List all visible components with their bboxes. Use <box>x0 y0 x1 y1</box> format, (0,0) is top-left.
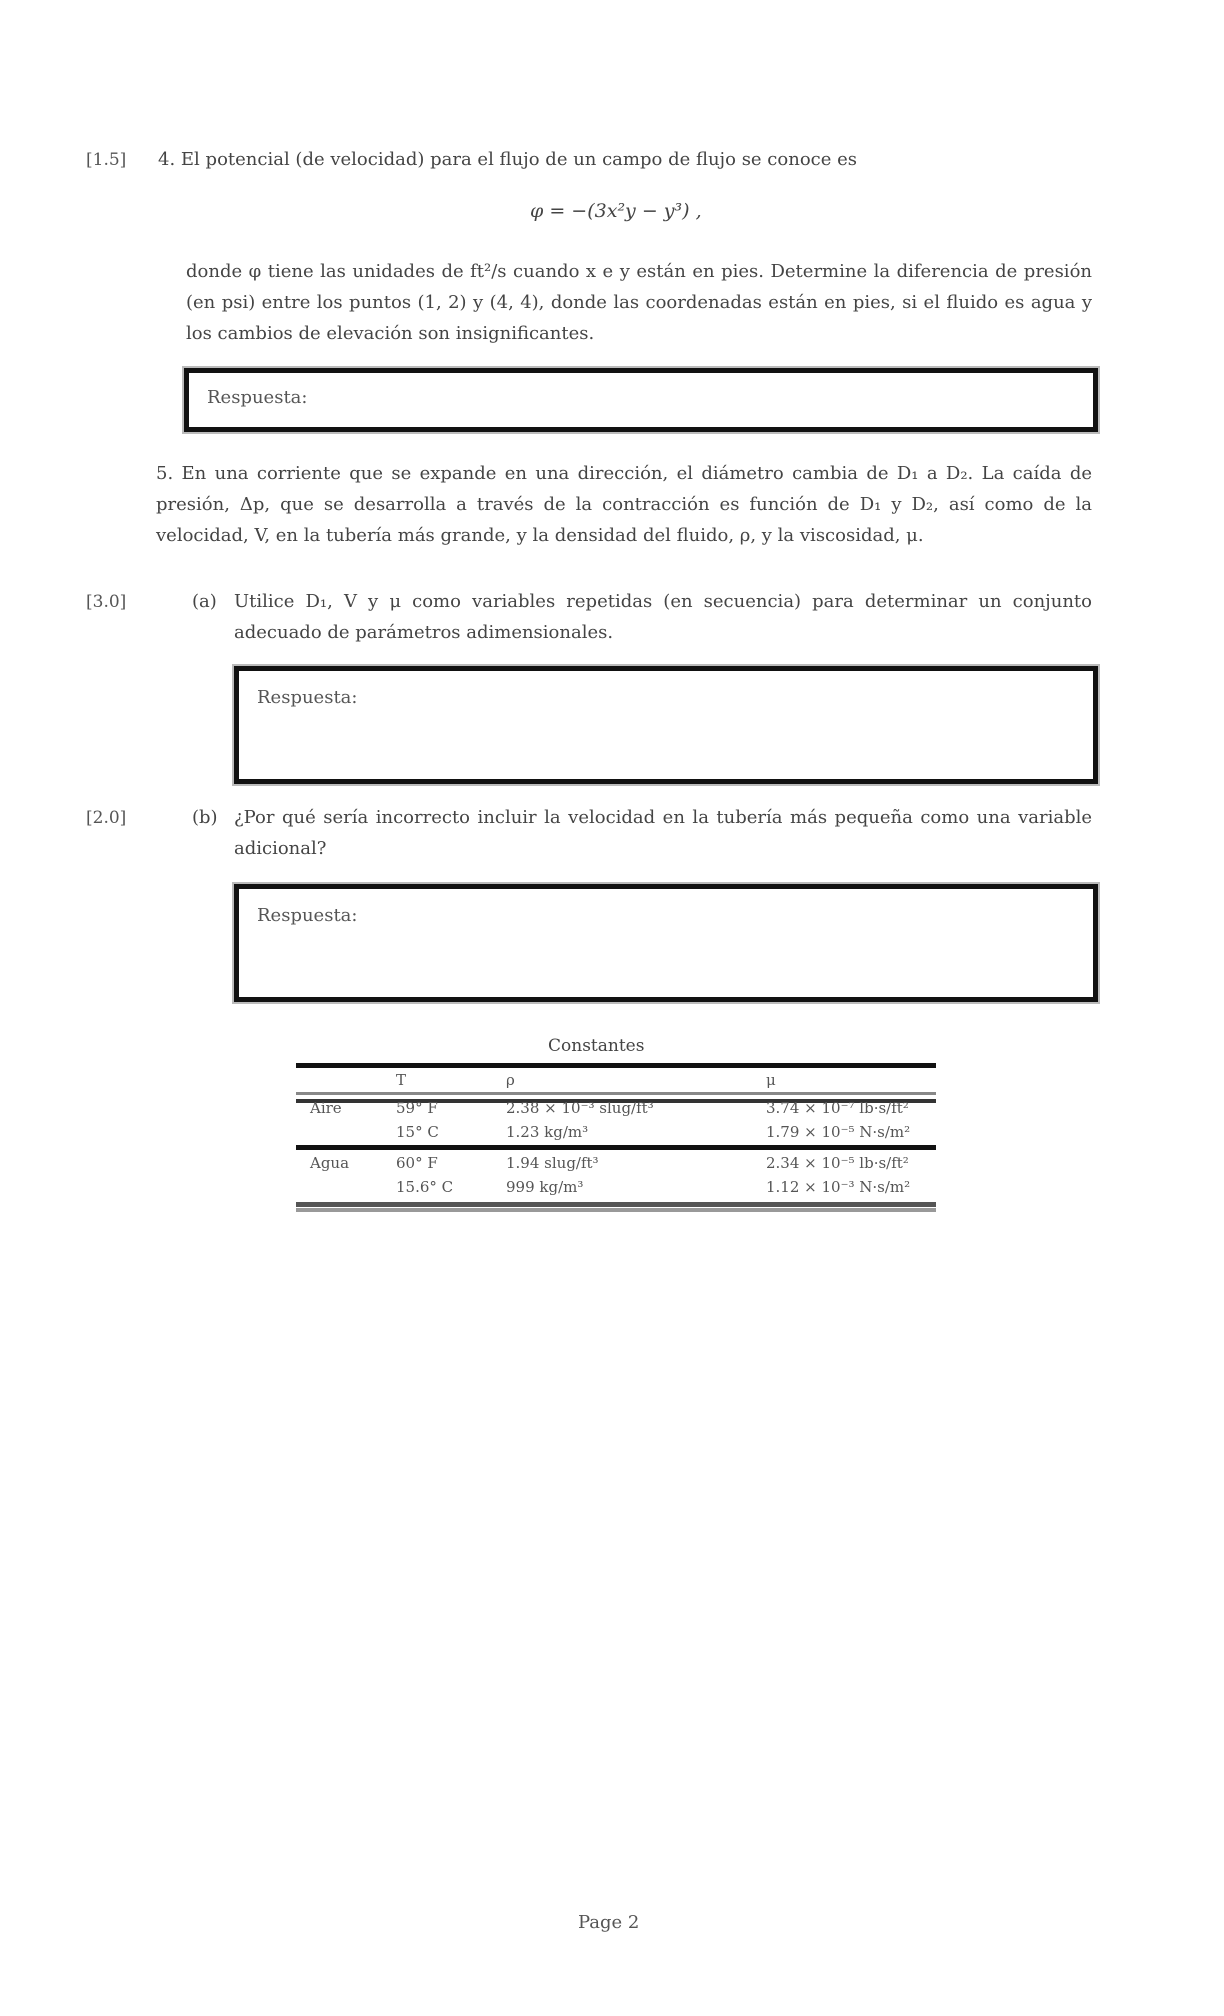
header-cell-temperature: T <box>386 1070 496 1098</box>
problem-4-text: El potencial (de velocidad) para el fluj… <box>181 149 857 170</box>
table-row: Agua 60° F 1.94 slug/ft³ 2.34 × 10⁻⁵ lb·… <box>300 1146 932 1177</box>
problem-5-statement: 5. En una corriente que se expande en un… <box>156 458 1092 551</box>
answer-label: Respuesta: <box>257 905 357 926</box>
table-bottom-rule-2 <box>296 1208 936 1212</box>
fluid-cell <box>300 1177 386 1201</box>
table-row: 15.6° C 999 kg/m³ 1.12 × 10⁻³ N·s/m² <box>300 1177 932 1201</box>
problem-4-points: [1.5] <box>86 150 126 170</box>
part-b-label: (b) <box>192 802 218 833</box>
temperature-cell: 15° C <box>386 1122 496 1146</box>
answer-box-part-a[interactable]: Respuesta: <box>234 666 1098 784</box>
viscosity-cell: 1.12 × 10⁻³ N·s/m² <box>756 1177 932 1201</box>
table-top-rule <box>296 1063 936 1068</box>
answer-label: Respuesta: <box>257 687 357 708</box>
temperature-cell: 59° F <box>386 1098 496 1122</box>
density-cell: 1.94 slug/ft³ <box>496 1146 756 1177</box>
problem-4-equation: φ = −(3x²y − y³) , <box>530 200 702 222</box>
viscosity-cell: 2.34 × 10⁻⁵ lb·s/ft² <box>756 1146 932 1177</box>
table-bottom-rule <box>296 1202 936 1207</box>
temperature-cell: 15.6° C <box>386 1177 496 1201</box>
viscosity-cell: 3.74 × 10⁻⁷ lb·s/ft² <box>756 1098 932 1122</box>
exam-page: [1.5] 4. El potencial (de velocidad) par… <box>0 0 1224 2016</box>
header-cell <box>300 1070 386 1098</box>
header-cell-density: ρ <box>496 1070 756 1098</box>
part-b-points: [2.0] <box>86 808 126 828</box>
table-row: Aire 59° F 2.38 × 10⁻³ slug/ft³ 3.74 × 1… <box>300 1098 932 1122</box>
problem-4-number: 4. <box>158 149 175 170</box>
answer-box-part-b[interactable]: Respuesta: <box>234 884 1098 1002</box>
constants-table: T ρ μ Aire 59° F 2.38 × 10⁻³ slug/ft³ 3.… <box>300 1070 932 1201</box>
problem-5-text: En una corriente que se expande en una d… <box>156 463 1092 546</box>
header-cell-viscosity: μ <box>756 1070 932 1098</box>
problem-4-statement: 4. El potencial (de velocidad) para el f… <box>158 144 857 175</box>
viscosity-cell: 1.79 × 10⁻⁵ N·s/m² <box>756 1122 932 1146</box>
part-a-label: (a) <box>192 586 217 617</box>
part-b-text: ¿Por qué sería incorrecto incluir la vel… <box>234 802 1092 864</box>
density-cell: 1.23 kg/m³ <box>496 1122 756 1146</box>
density-cell: 999 kg/m³ <box>496 1177 756 1201</box>
part-a-text: Utilice D₁, V y μ como variables repetid… <box>234 586 1092 648</box>
page-number: Page 2 <box>578 1912 639 1933</box>
constants-table-title: Constantes <box>548 1036 644 1056</box>
problem-4-body: donde φ tiene las unidades de ft²/s cuan… <box>186 256 1092 349</box>
problem-5-number: 5. <box>156 463 173 484</box>
density-cell: 2.38 × 10⁻³ slug/ft³ <box>496 1098 756 1122</box>
answer-label: Respuesta: <box>207 387 307 408</box>
table-header-row: T ρ μ <box>300 1070 932 1098</box>
part-a-points: [3.0] <box>86 592 126 612</box>
fluid-cell <box>300 1122 386 1146</box>
fluid-cell: Aire <box>300 1098 386 1122</box>
answer-box-problem-4[interactable]: Respuesta: <box>184 368 1098 432</box>
table-row: 15° C 1.23 kg/m³ 1.79 × 10⁻⁵ N·s/m² <box>300 1122 932 1146</box>
temperature-cell: 60° F <box>386 1146 496 1177</box>
fluid-cell: Agua <box>300 1146 386 1177</box>
